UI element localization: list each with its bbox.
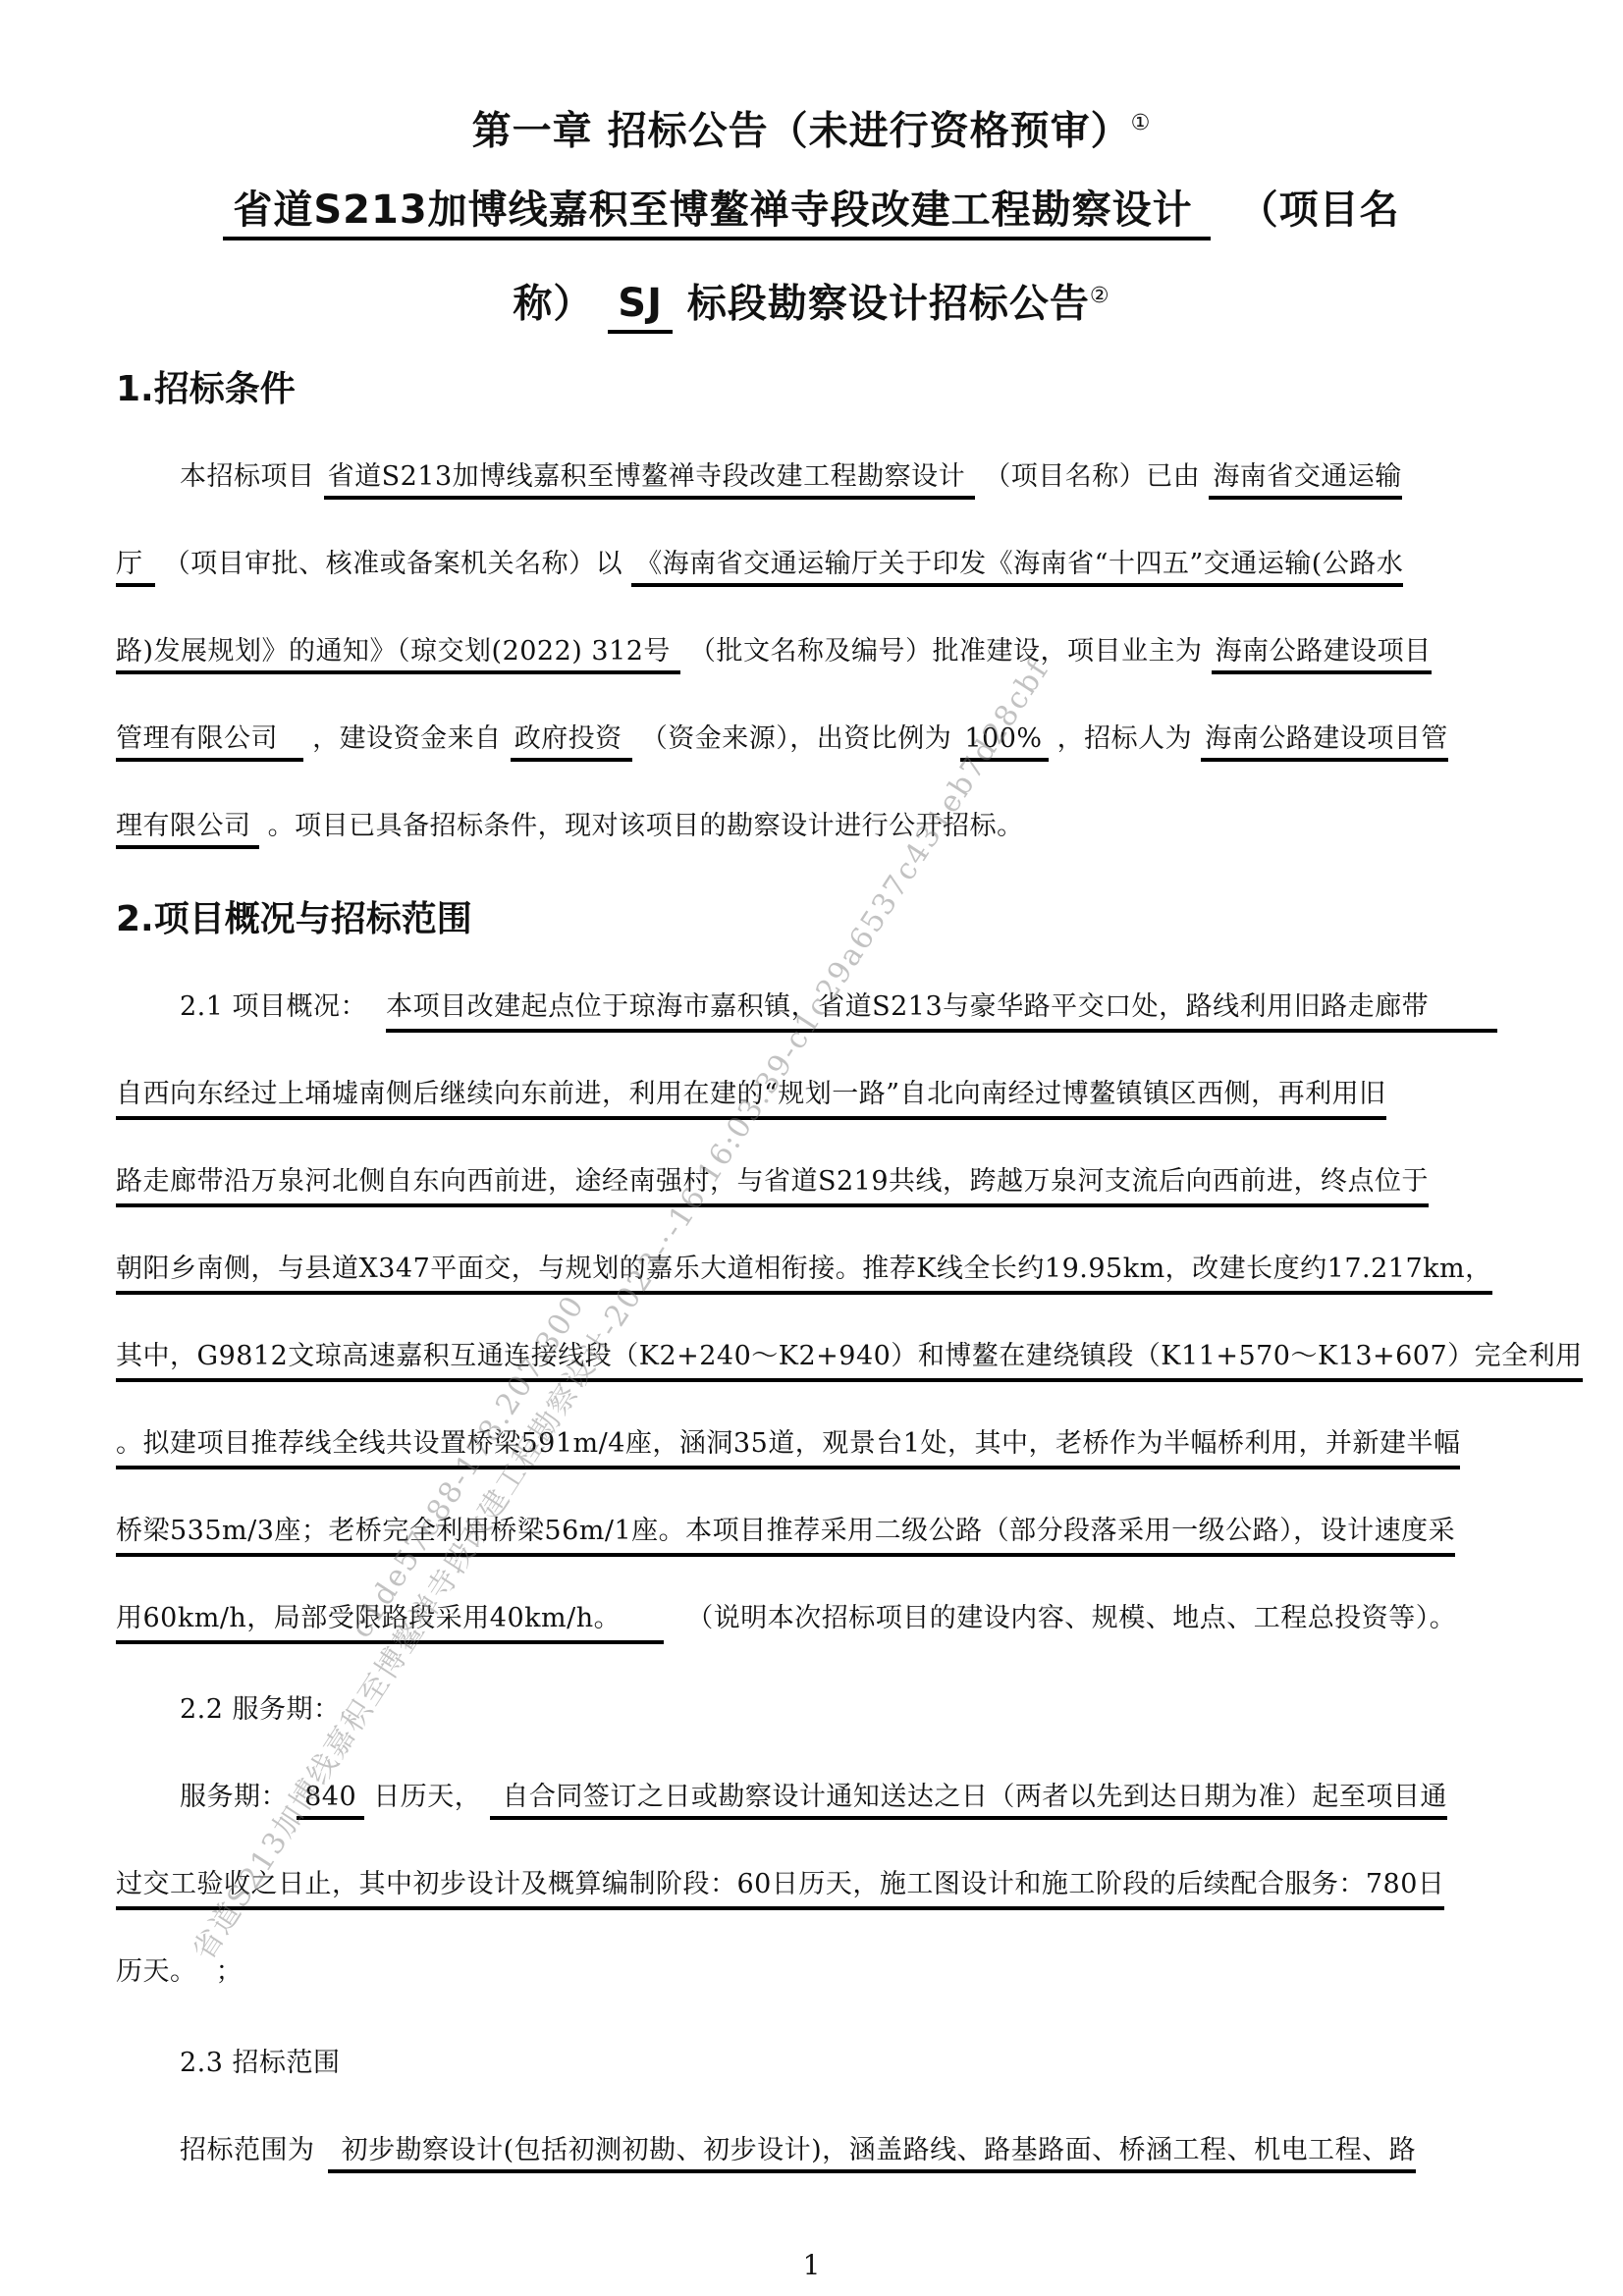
s1-line-3: 路)发展规划》的通知》（琼交划(2022) 312号 （批文名称及编号）批准建设…	[116, 632, 1432, 671]
text: （批文名称及编号）批准建设，项目业主为	[689, 636, 1203, 667]
overview-note: （说明本次招标项目的建设内容、规模、地点、工程总投资等）。	[686, 1603, 1456, 1633]
document-page: 第一章 招标公告（未进行资格预审）① 省道S213加博线嘉积至博鳌禅寺段改建工程…	[0, 0, 1623, 2296]
text: 招标范围为	[180, 2135, 315, 2165]
s1-line-1: 本招标项目 省道S213加博线嘉积至博鳌禅寺段改建工程勘察设计 （项目名称）已由…	[180, 457, 1402, 497]
s2-2-label: 2.2 服务期：	[180, 1690, 341, 1730]
service-period-text: 历天。	[116, 1956, 197, 1987]
text: 服务期：	[180, 1782, 288, 1812]
text: （项目审批、核准或备案机关名称）以	[164, 549, 623, 579]
chapter-title-text: 第一章 招标公告（未进行资格预审）	[472, 108, 1131, 153]
text: ，建设资金来自	[312, 723, 502, 754]
s2-1-line-5: 其中，G9812文琼高速嘉积互通连接线段（K2+240～K2+940）和博鳌在建…	[116, 1337, 1583, 1382]
s2-2-line-2: 过交工验收之日止，其中初步设计及概算编制阶段：60日历天，施工图设计和施工阶段的…	[116, 1865, 1444, 1910]
overview-text: 其中，G9812文琼高速嘉积互通连接线段（K2+240～K2+940）和博鳌在建…	[116, 1337, 1583, 1382]
page-number: 1	[0, 2248, 1623, 2283]
tenderer-field: 海南公路建设项目管	[1201, 723, 1448, 762]
project-name-hint-2: 称）	[513, 281, 593, 326]
s2-1-line-6: 。拟建项目推荐线全线共设置桥梁591m/4座，涵洞35道，观景台1处，其中，老桥…	[116, 1424, 1460, 1469]
watermark-line-1: 省道S213加博线嘉积至博鳌禅寺段改建工程勘察设计-2023-·-16 16:0…	[180, 649, 1056, 1967]
s2-3-line-1: 招标范围为 初步勘察设计(包括初测初勘、初步设计)，涵盖路线、路基路面、桥涵工程…	[180, 2131, 1416, 2170]
overview-text: 路走廊带沿万泉河北侧自东向西前进，途经南强村，与省道S219共线，跨越万泉河支流…	[116, 1162, 1429, 1207]
overview-text: 本项目改建起点位于琼海市嘉积镇，省道S213与豪华路平交口处，路线利用旧路走廊带	[386, 988, 1497, 1033]
project-owner-field: 海南公路建设项目	[1212, 636, 1432, 674]
service-period-text: 过交工验收之日止，其中初步设计及概算编制阶段：60日历天，施工图设计和施工阶段的…	[116, 1865, 1444, 1910]
section-code: SJ	[608, 281, 673, 334]
overview-text: 。拟建项目推荐线全线共设置桥梁591m/4座，涵洞35道，观景台1处，其中，老桥…	[116, 1424, 1460, 1469]
overview-text: 朝阳乡南侧，与县道X347平面交，与规划的嘉乐大道相衔接。推荐K线全长约19.9…	[116, 1250, 1492, 1295]
s1-line-5: 理有限公司 。项目已具备招标条件，现对该项目的勘察设计进行公开招标。	[116, 807, 1024, 846]
s1-line-4: 管理有限公司 ，建设资金来自 政府投资 （资金来源），出资比例为 100% ，招…	[116, 720, 1448, 759]
funding-ratio-field: 100%	[960, 723, 1048, 762]
approval-authority-field: 厅	[116, 549, 155, 587]
s2-1-line-2: 自西向东经过上埇墟南侧后继续向东前进，利用在建的“规划一路”自北向南经过博鳌镇镇…	[116, 1075, 1386, 1120]
s2-1-line-8: 用60km/h，局部受限路段采用40km/h。 （说明本次招标项目的建设内容、规…	[116, 1599, 1456, 1644]
section-2-heading: 2.项目概况与招标范围	[116, 895, 472, 944]
funding-source-field: 政府投资	[511, 723, 632, 762]
project-name: 省道S213加博线嘉积至博鳌禅寺段改建工程勘察设计	[223, 187, 1210, 240]
chapter-title: 第一章 招标公告（未进行资格预审）①	[0, 96, 1623, 158]
text: ，招标人为	[1057, 723, 1193, 754]
overview-text: 自西向东经过上埇墟南侧后继续向东前进，利用在建的“规划一路”自北向南经过博鳌镇镇…	[116, 1075, 1386, 1120]
project-owner-field: 管理有限公司	[116, 723, 303, 762]
section-1-heading: 1.招标条件	[116, 365, 296, 414]
s2-2-line-1: 服务期： 840 日历天， 自合同签订之日或勘察设计通知送达之日（两者以先到达日…	[180, 1778, 1447, 1817]
footnote-mark-2: ②	[1090, 284, 1110, 308]
project-title: 省道S213加博线嘉积至博鳌禅寺段改建工程勘察设计 （项目名	[0, 183, 1623, 238]
project-name-hint: （项目名	[1239, 187, 1400, 233]
service-days-field: 840	[297, 1782, 364, 1820]
text: ；	[216, 1956, 243, 1987]
s2-1-line-4: 朝阳乡南侧，与县道X347平面交，与规划的嘉乐大道相衔接。推荐K线全长约19.9…	[116, 1250, 1492, 1295]
project-name-field: 省道S213加博线嘉积至博鳌禅寺段改建工程勘察设计	[324, 461, 976, 500]
text: 。项目已具备招标条件，现对该项目的勘察设计进行公开招标。	[268, 811, 1024, 841]
s1-line-2: 厅 （项目审批、核准或备案机关名称）以 《海南省交通运输厅关于印发《海南省“十四…	[116, 545, 1403, 584]
approval-document-field: 《海南省交通运输厅关于印发《海南省“十四五”交通运输(公路水	[631, 549, 1403, 587]
tenderer-field: 理有限公司	[116, 811, 259, 849]
approval-document-field: 路)发展规划》的通知》（琼交划(2022) 312号	[116, 636, 680, 674]
s2-1-line-3: 路走廊带沿万泉河北侧自东向西前进，途经南强村，与省道S219共线，跨越万泉河支流…	[116, 1162, 1429, 1207]
s2-1-line-7: 桥梁535m/3座；老桥完全利用桥梁56m/1座。本项目推荐采用二级公路（部分段…	[116, 1512, 1455, 1557]
footnote-mark-1: ①	[1131, 111, 1152, 135]
subsection-label: 2.1 项目概况：	[180, 991, 367, 1022]
service-period-text: 自合同签订之日或勘察设计通知送达之日（两者以先到达日期为准）起至项目通	[490, 1782, 1447, 1820]
tender-scope-text: 初步勘察设计(包括初测初勘、初步设计)，涵盖路线、路基路面、桥涵工程、机电工程、…	[328, 2135, 1417, 2173]
s2-2-line-3: 历天。 ；	[116, 1952, 243, 1992]
text: （项目名称）已由	[984, 461, 1200, 492]
overview-text: 用60km/h，局部受限路段采用40km/h。	[116, 1599, 664, 1644]
approval-authority-field: 海南省交通运输	[1209, 461, 1402, 500]
s2-3-label: 2.3 招标范围	[180, 2044, 341, 2083]
text: 本招标项目	[180, 461, 315, 492]
text: 日历天，	[373, 1782, 481, 1812]
s2-1-line-1: 2.1 项目概况： 本项目改建起点位于琼海市嘉积镇，省道S213与豪华路平交口处…	[180, 988, 1497, 1033]
text: （资金来源），出资比例为	[641, 723, 952, 754]
overview-text: 桥梁535m/3座；老桥完全利用桥梁56m/1座。本项目推荐采用二级公路（部分段…	[116, 1512, 1455, 1557]
notice-title: 称） SJ 标段勘察设计招标公告②	[0, 269, 1623, 331]
notice-title-text: 标段勘察设计招标公告	[687, 281, 1090, 326]
